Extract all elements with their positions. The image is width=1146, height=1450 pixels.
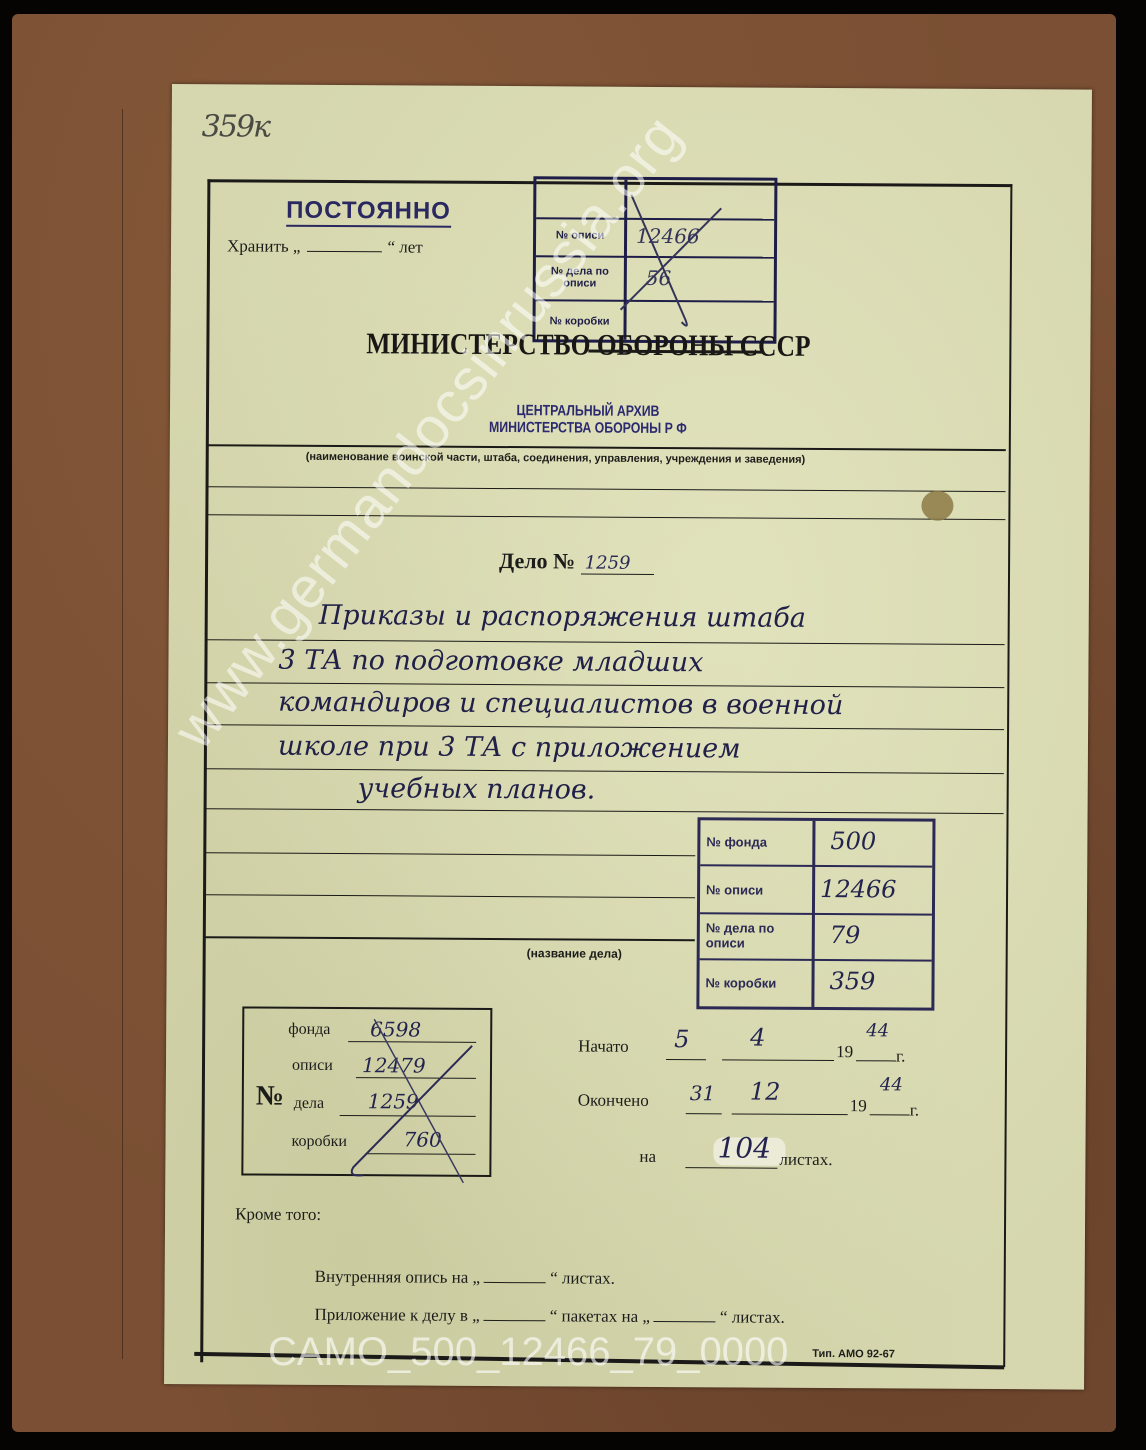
delo-label: № дела по описи (706, 920, 776, 950)
sheets-prefix: на (639, 1147, 656, 1167)
year-suffix: г. (910, 1101, 919, 1121)
year-suffix: г. (896, 1046, 905, 1066)
sheets-suffix: листах. (779, 1150, 832, 1170)
blank-line (484, 1282, 546, 1283)
title-line-2: 3 ТА по подготовке младших (278, 645, 703, 679)
fond-value: 500 (830, 827, 876, 855)
extra-heading: Кроме того: (235, 1204, 321, 1225)
case-number-line: Дело № 1259 (499, 548, 655, 575)
blank-line (484, 1320, 546, 1321)
printer-mark: Тип. АМО 92-67 (812, 1348, 895, 1361)
box-row-divider (700, 864, 932, 867)
opis-label: № описи (706, 882, 810, 898)
pencil-annotation: 359к (202, 109, 269, 144)
attachment-label: Приложение к делу в (314, 1305, 468, 1325)
blank-line (654, 1321, 716, 1322)
stain (921, 491, 953, 521)
delo-value: 79 (830, 921, 861, 949)
title-line-1: Приказы и распоряжения штаба (319, 600, 806, 634)
archive-number-box: № фонда 500 № описи 12466 № дела по опис… (696, 817, 935, 1010)
sheets-count: 104 (717, 1131, 771, 1164)
ended-day: 31 (690, 1081, 716, 1105)
number-sign: № (256, 1081, 284, 1113)
retention-line: Хранить „“ лет (227, 236, 423, 257)
inventory-suffix: листах. (562, 1268, 615, 1287)
started-label: Начато (578, 1036, 629, 1056)
title-caption: (название дела) (527, 946, 622, 961)
title-line-5: учебных планов. (358, 773, 596, 805)
started-year: 44 (866, 1020, 889, 1041)
ended-label: Окончено (578, 1090, 649, 1110)
inventory-label: Внутренняя опись на (315, 1267, 469, 1287)
old-opis-label: описи (292, 1057, 333, 1075)
retention-years-blank (306, 251, 381, 252)
fond-label: № фонда (706, 834, 810, 850)
ended-month: 12 (750, 1078, 781, 1106)
inventory-line: Внутренняя опись на „“ листах. (315, 1267, 615, 1289)
old-numbers-box: № фонда 6598 описи 12479 дела 1259 короб… (241, 1006, 492, 1177)
attachment-suffix: листах. (732, 1307, 785, 1326)
retention-suffix: лет (399, 237, 423, 256)
blank-line (686, 1113, 722, 1114)
file-cover-sheet: 359к ПОСТОЯННО Хранить „“ лет № описи 12… (164, 84, 1092, 1390)
folder-crease (122, 109, 123, 1359)
started-day: 5 (674, 1025, 689, 1053)
box-row-divider (700, 958, 932, 961)
box-value: 359 (829, 967, 875, 995)
box-label: № коробки (705, 975, 809, 991)
ended-century: 19 (850, 1096, 867, 1116)
box-row-divider (700, 912, 932, 915)
retention-stamp: ПОСТОЯННО (286, 197, 451, 228)
quote-open: „ (293, 237, 301, 256)
title-line-4: школе при 3 ТА с приложением (278, 731, 741, 765)
ministry-title: МИНИСТЕРСТВО ОБОРОНЫ СССР (233, 326, 944, 364)
opis-value: 12466 (820, 875, 897, 903)
old-delo-label: дела (294, 1095, 324, 1113)
old-fond-label: фонда (288, 1021, 330, 1039)
retention-label: Хранить (227, 236, 289, 255)
title-line-3: командиров и специалистов в военной (278, 687, 843, 721)
started-month: 4 (750, 1024, 765, 1052)
archive-stamp: ЦЕНТРАЛЬНЫЙ АРХИВ МИНИСТЕРСТВА ОБОРОНЫ Р… (245, 400, 931, 438)
case-number: 1259 (581, 553, 655, 575)
attachment-middle: пакетах на (561, 1306, 638, 1325)
ended-year: 44 (880, 1074, 903, 1095)
attachment-line: Приложение к делу в „“ пакетах на „“ лис… (314, 1305, 784, 1328)
quote-close: “ (387, 237, 395, 256)
filename-watermark: CAMO_500_12466_79_0000 (268, 1330, 788, 1375)
started-century: 19 (836, 1042, 853, 1062)
case-label: Дело № (499, 548, 575, 573)
crossed-out-mark (333, 1017, 484, 1188)
